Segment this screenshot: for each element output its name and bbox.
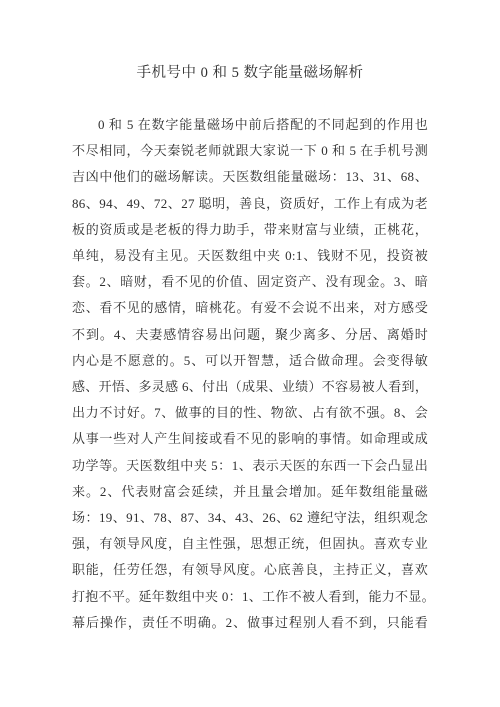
document-title: 手机号中 0 和 5 数字能量磁场解析 xyxy=(0,63,500,83)
paragraph-line: 不尽相同，今天秦锐老师就跟大家说一下 0 和 5 在手机号测 xyxy=(72,138,428,164)
paragraph-line: 来。2、代表财富会延续，并且量会增加。延年数组能量磁 xyxy=(72,479,428,505)
paragraph-line: 单纯，易没有主见。天医数组中夹 0:1、钱财不见，投资被 xyxy=(72,243,428,269)
paragraph-line: 功学等。天医数组中夹 5：1、表示天医的东西一下会凸显出 xyxy=(72,453,428,479)
paragraph-line: 出力不讨好。7、做事的目的性、物欲、占有欲不强。8、会 xyxy=(72,400,428,426)
paragraph-line: 强，有领导风度，自主性强，思想正统，但固执。喜欢专业 xyxy=(72,531,428,557)
paragraph-line: 职能，任劳任怨，有领导风度。心底善良，主持正义，喜欢 xyxy=(72,557,428,583)
paragraph-line: 套。2、暗财，看不见的价值、固定资产、没有现金。3、暗 xyxy=(72,269,428,295)
paragraph-line: 86、94、49、72、27 聪明，善良，资质好，工作上有成为老 xyxy=(72,191,428,217)
body-paragraph: 0 和 5 在数字能量磁场中前后搭配的不同起到的作用也不尽相同，今天秦锐老师就跟… xyxy=(72,112,428,636)
paragraph-line: 不到。4、夫妻感情容易出问题，聚少离多、分居、离婚时 xyxy=(72,322,428,348)
paragraph-line: 0 和 5 在数字能量磁场中前后搭配的不同起到的作用也 xyxy=(72,112,428,138)
paragraph-line: 幕后操作，责任不明确。2、做事过程别人看不到，只能看 xyxy=(72,610,428,636)
paragraph-line: 感、开悟、多灵感 6、付出（成果、业绩）不容易被人看到， xyxy=(72,374,428,400)
paragraph-line: 板的资质或是老板的得力助手，带来财富与业绩，正桃花， xyxy=(72,217,428,243)
paragraph-line: 场：19、91、78、87、34、43、26、62 遵纪守法，组织观念 xyxy=(72,505,428,531)
paragraph-line: 打抱不平。延年数组中夹 0：1、工作不被人看到，能力不显。 xyxy=(72,584,428,610)
paragraph-line: 从事一些对人产生间接或看不见的影响的事情。如命理或成 xyxy=(72,426,428,452)
paragraph-line: 吉凶中他们的磁场解读。天医数组能量磁场：13、31、68、 xyxy=(72,164,428,190)
document-page: 手机号中 0 和 5 数字能量磁场解析 0 和 5 在数字能量磁场中前后搭配的不… xyxy=(0,0,500,707)
paragraph-line: 恋、看不见的感情，暗桃花。有爱不会说不出来，对方感受 xyxy=(72,295,428,321)
paragraph-line: 内心是不愿意的。5、可以开智慧，适合做命理。会变得敏 xyxy=(72,348,428,374)
